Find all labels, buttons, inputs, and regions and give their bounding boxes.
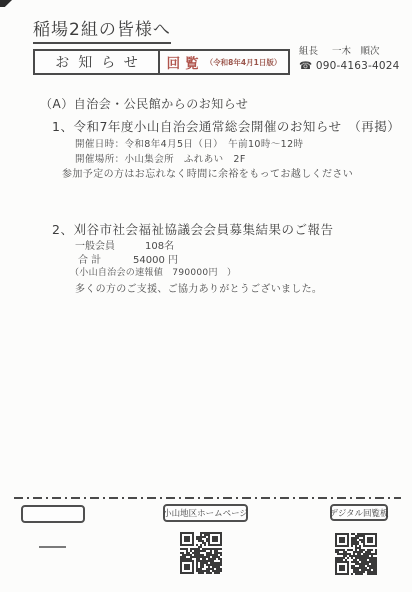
item1-place: 開催場所：小山集会所 ふれあい 2F <box>75 151 246 165</box>
members-row: 一般会員 108名 <box>75 237 174 252</box>
members-value: 108名 <box>145 237 174 252</box>
page-title: 稲場2組の皆様へ <box>33 15 171 44</box>
total-label: 合 計 <box>78 251 133 266</box>
notice-header-box: お知らせ 回覧 （令和8年4月1日版） <box>33 49 290 75</box>
total-value: 54000 円 <box>133 251 178 266</box>
qr-code-homepage <box>180 532 222 574</box>
cut-line <box>14 497 401 499</box>
phone-icon: ☎ <box>299 60 312 72</box>
kairan-cell: 回覧 （令和8年4月1日版） <box>160 51 288 73</box>
total-row: 合 計 54000 円 <box>78 251 178 266</box>
item1-note: 参加予定の方はお忘れなく時間に余裕をもってお越しください <box>62 165 353 180</box>
qr-code-digital-kairan <box>335 533 377 575</box>
section-a-heading: （A）自治会・公民館からのお知らせ <box>40 95 248 112</box>
item2-subnote: （小山自治会の速報値 790000円 ） <box>70 265 236 278</box>
notice-label: お知らせ <box>35 51 160 73</box>
digital-kairan-label: デジタル回覧板 <box>330 504 388 521</box>
scan-artifact-corner <box>0 0 12 7</box>
leader-role-label: 組長 <box>299 46 318 59</box>
item1-title: 1、令和7年度小山自治会通常総会開催のお知らせ （再掲） <box>52 117 400 135</box>
kairan-stamp: 回覧 <box>167 52 204 72</box>
leader-phone-number: 090-4163-4024 <box>316 60 400 72</box>
empty-label-box <box>21 505 85 523</box>
item2-title: 2、刈谷市社会福祉協議会会員募集結果のご報告 <box>52 220 333 238</box>
item1-datetime: 開催日時：令和8年4月5日（日） 午前10時～12時 <box>75 136 303 150</box>
short-underline-mark <box>39 546 66 548</box>
homepage-label: 小山地区ホームページ <box>163 504 248 522</box>
scanned-notice-page: 稲場2組の皆様へ お知らせ 回覧 （令和8年4月1日版） 組長 一木 順次 ☎ … <box>0 0 412 592</box>
members-label: 一般会員 <box>75 237 145 252</box>
leader-name: 一木 順次 <box>332 46 380 59</box>
item2-thanks: 多くの方のご支援、ご協力ありがとうございました。 <box>75 280 322 295</box>
edition-date: （令和8年4月1日版） <box>206 57 282 68</box>
group-leader-info: 組長 一木 順次 ☎ 090-4163-4024 <box>299 46 411 73</box>
